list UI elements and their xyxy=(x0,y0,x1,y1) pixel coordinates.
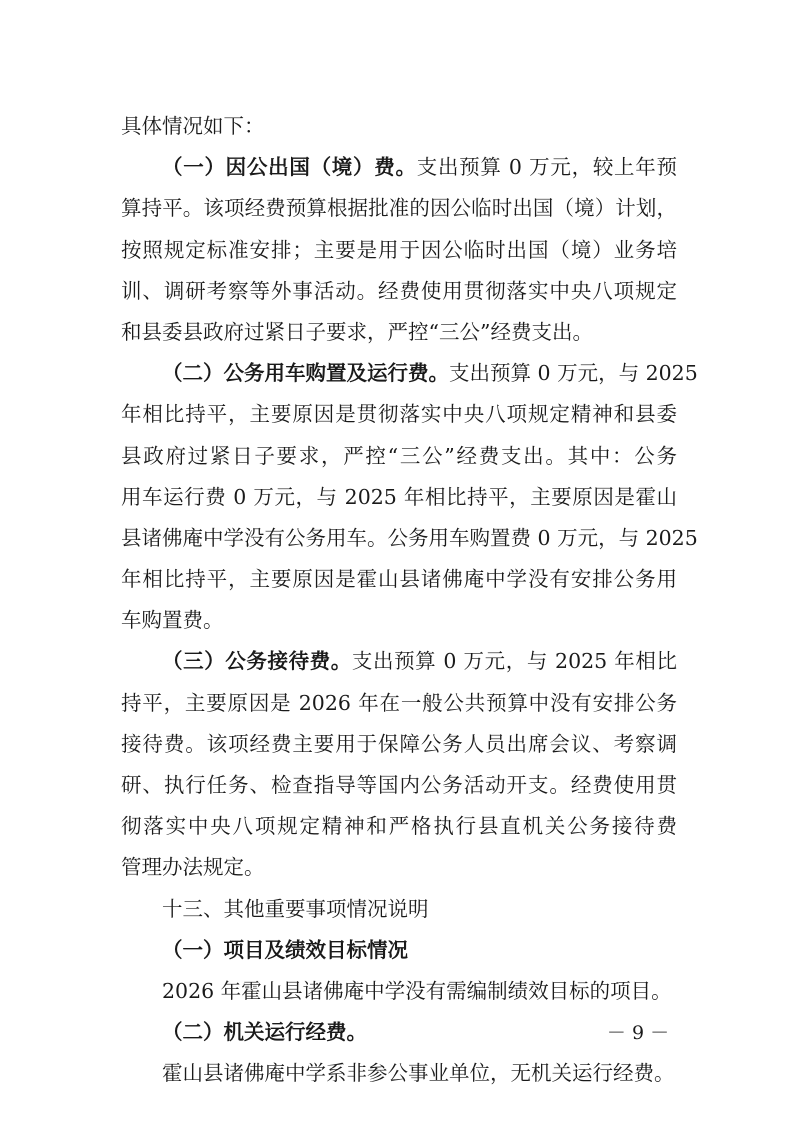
chapter-13-heading: 十三、其他重要事项情况说明 xyxy=(121,889,677,930)
section-1-first-line: （一）因公出国（境）费。支出预算 0 万元，较上年预 xyxy=(121,147,677,188)
section-2-line: 县政府过紧日子要求，严控“三公”经费支出。其中：公务 xyxy=(121,436,677,477)
section-2-line: 支出预算 0 万元，与 2025 xyxy=(449,361,698,385)
section-1-line: 算持平。该项经费预算根据批准的因公临时出国（境）计划， xyxy=(121,188,677,229)
section-3-title: （三）公务接待费。 xyxy=(162,649,352,673)
section-2-line: 县诸佛庵中学没有公务用车。公务用车购置费 0 万元，与 2025 xyxy=(121,518,677,559)
section-1-line: 训、调研考察等外事活动。经费使用贯彻落实中央八项规定 xyxy=(121,271,677,312)
section-2-title: （二）公务用车购置及运行费。 xyxy=(162,361,449,385)
section-3-line: 持平，主要原因是 2026 年在一般公共预算中没有安排公务 xyxy=(121,683,677,724)
section-2-line: 年相比持平，主要原因是霍山县诸佛庵中学没有安排公务用 xyxy=(121,559,677,600)
section-1-line: 按照规定标准安排；主要是用于因公临时出国（境）业务培 xyxy=(121,230,677,271)
section-3-first-line: （三）公务接待费。支出预算 0 万元，与 2025 年相比 xyxy=(121,641,677,682)
subsection-2-text: 霍山县诸佛庵中学系非参公事业单位，无机关运行经费。 xyxy=(121,1053,677,1094)
section-1-line: 支出预算 0 万元，较上年预 xyxy=(417,155,677,179)
section-3-line: 接待费。该项经费主要用于保障公务人员出席会议、考察调 xyxy=(121,724,677,765)
document-page: 具体情况如下： （一）因公出国（境）费。支出预算 0 万元，较上年预 算持平。该… xyxy=(0,0,793,1122)
section-3-line: 彻落实中央八项规定精神和严格执行县直机关公务接待费 xyxy=(121,806,677,847)
section-1-title: （一）因公出国（境）费。 xyxy=(162,155,417,179)
section-2-line: 用车运行费 0 万元，与 2025 年相比持平，主要原因是霍山 xyxy=(121,477,677,518)
section-3-line: 研、执行任务、检查指导等国内公务活动开支。经费使用贯 xyxy=(121,765,677,806)
section-2-first-line: （二）公务用车购置及运行费。支出预算 0 万元，与 2025 xyxy=(121,353,677,394)
intro-text: 具体情况如下： xyxy=(121,106,677,147)
section-3-line: 支出预算 0 万元，与 2025 年相比 xyxy=(352,649,677,673)
subsection-1-heading: （一）项目及绩效目标情况 xyxy=(121,930,677,971)
section-2-line: 年相比持平，主要原因是贯彻落实中央八项规定精神和县委 xyxy=(121,394,677,435)
section-3-line: 管理办法规定。 xyxy=(121,847,677,888)
page-content: 具体情况如下： （一）因公出国（境）费。支出预算 0 万元，较上年预 算持平。该… xyxy=(121,106,677,1095)
section-2-line: 车购置费。 xyxy=(121,600,677,641)
page-number: － 9 － xyxy=(593,1018,683,1045)
section-1-line: 和县委县政府过紧日子要求，严控“三公”经费支出。 xyxy=(121,312,677,353)
subsection-1-text: 2026 年霍山县诸佛庵中学没有需编制绩效目标的项目。 xyxy=(121,971,677,1012)
